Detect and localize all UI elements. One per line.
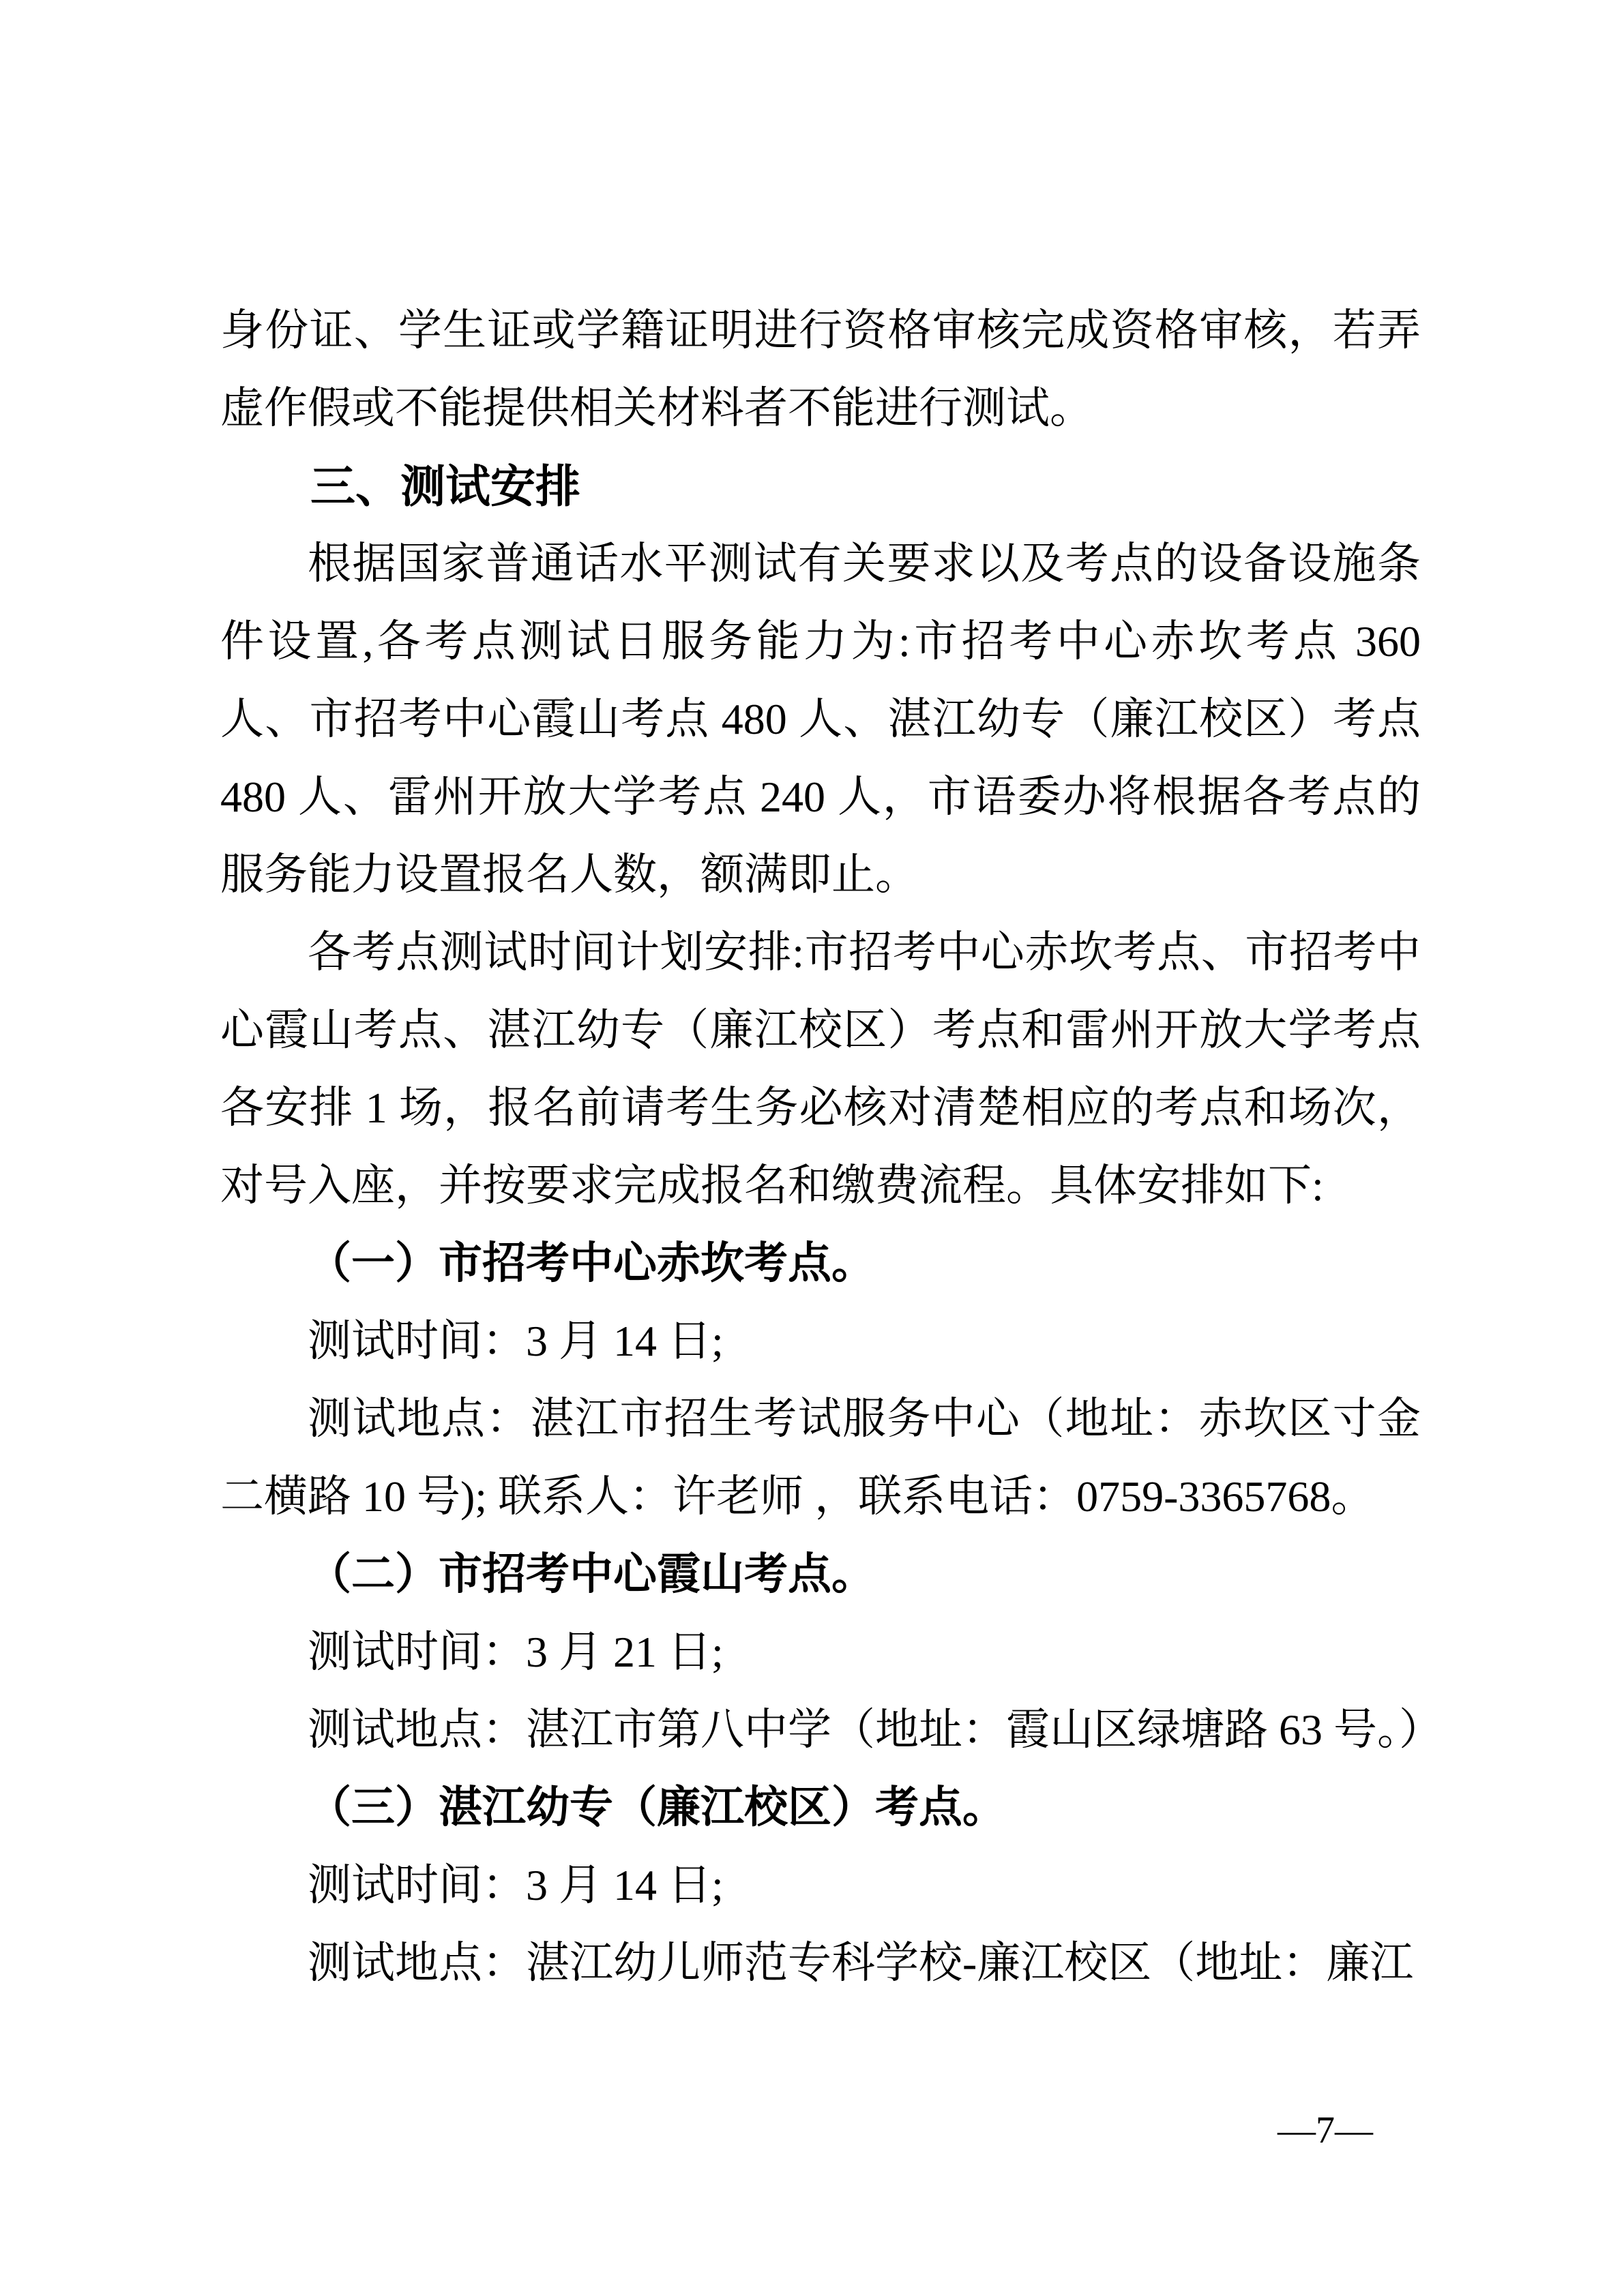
subsection-1-test-time: 测试时间：3 月 14 日; [220, 1302, 1421, 1380]
document-page: 身份证、学生证或学籍证明进行资格审核完成资格审核，若弄虚作假或不能提供相关材料者… [0, 0, 1624, 2296]
subsection-3-test-time: 测试时间：3 月 14 日; [220, 1847, 1421, 1924]
document-body: 身份证、学生证或学籍证明进行资格审核完成资格审核，若弄虚作假或不能提供相关材料者… [220, 292, 1421, 2002]
subsection-1-heading-chikan-site: （一）市招考中心赤坎考点。 [220, 1225, 1421, 1302]
paragraph-schedule-overview: 各考点测试时间计划安排:市招考中心赤坎考点、市招考中心霞山考点、湛江幼专（廉江校… [220, 914, 1421, 1225]
subsection-2-test-time: 测试时间：3 月 21 日; [220, 1613, 1421, 1691]
subsection-1-test-location: 测试地点：湛江市招生考试服务中心（地址：赤坎区寸金二横路 10 号); 联系人：… [220, 1380, 1421, 1536]
paragraph-site-capacity: 根据国家普通话水平测试有关要求以及考点的设备设施条件设置,各考点测试日服务能力为… [220, 525, 1421, 914]
page-number: —7— [1278, 2108, 1373, 2152]
section-heading-test-arrangement: 三、测试安排 [220, 447, 1421, 525]
paragraph-qualification-review-continued: 身份证、学生证或学籍证明进行资格审核完成资格审核，若弄虚作假或不能提供相关材料者… [220, 292, 1421, 447]
subsection-2-heading-xiashan-site: （二）市招考中心霞山考点。 [220, 1536, 1421, 1613]
subsection-3-test-location: 测试地点：湛江幼儿师范专科学校-廉江校区（地址：廉江 [220, 1924, 1421, 2002]
subsection-3-heading-lianjiang-site: （三）湛江幼专（廉江校区）考点。 [220, 1769, 1421, 1847]
subsection-2-test-location: 测试地点：湛江市第八中学（地址：霞山区绿塘路 63 号。） [220, 1691, 1421, 1769]
